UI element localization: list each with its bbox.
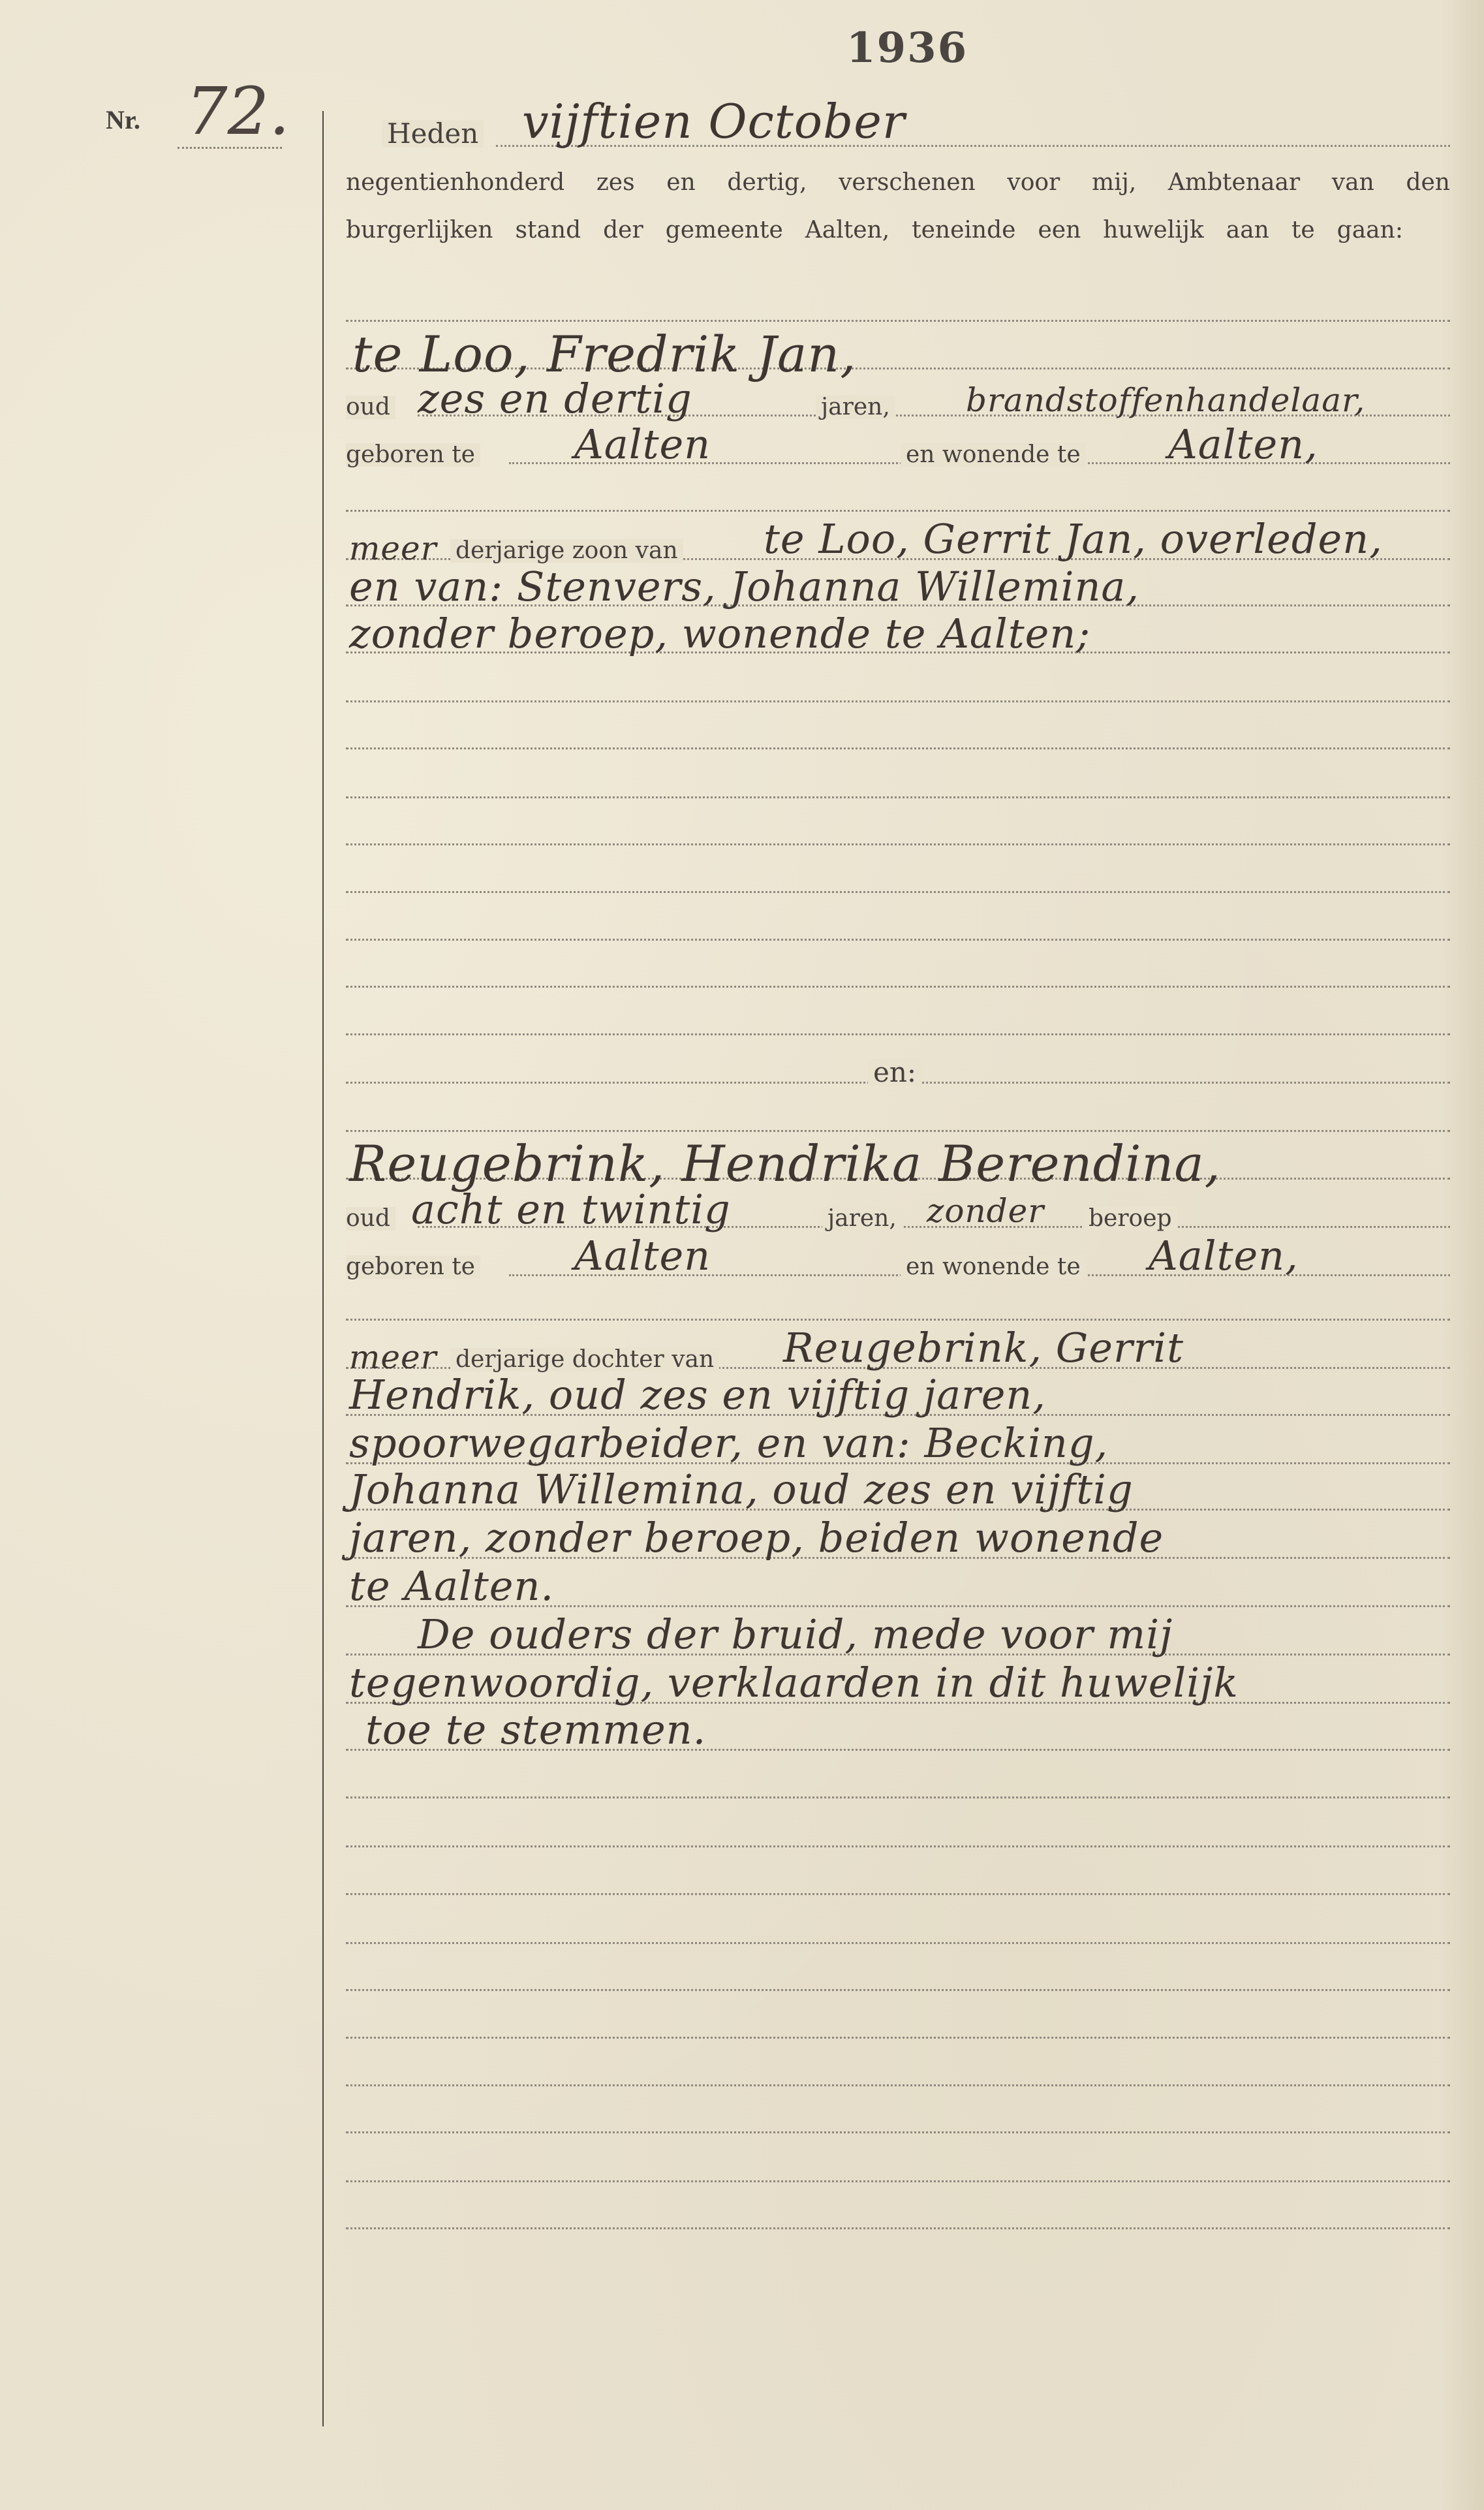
groom-parents-meer: meer xyxy=(349,532,437,565)
bride-parents-line: te Aalten. xyxy=(349,1566,554,1607)
bride-parents-line: Reugebrink, Gerrit xyxy=(783,1328,1184,1368)
preamble-word: dertig, xyxy=(727,171,807,195)
preamble-line-2: negentienhonderd zes en dertig, verschen… xyxy=(346,171,1450,195)
heden-label: Heden xyxy=(382,120,484,148)
dotted-line xyxy=(346,986,1450,988)
bride-occupation-label: beroep xyxy=(1083,1207,1177,1231)
dotted-line xyxy=(346,1130,1450,1132)
bride-occupation: zonder xyxy=(927,1195,1044,1227)
groom-name: te Loo, Fredrik Jan, xyxy=(352,330,856,379)
bride-parents-line: Hendrik, oud zes en vijftig jaren, xyxy=(349,1375,1046,1415)
dotted-line xyxy=(346,2084,1450,2086)
dotted-line xyxy=(346,700,1450,702)
margin-rule xyxy=(322,111,324,2426)
groom-living-label: en wonende te xyxy=(901,443,1086,467)
dotted-line xyxy=(346,1989,1450,1991)
preamble-word: negentienhonderd xyxy=(346,171,564,195)
record-number-value: 72. xyxy=(186,73,290,149)
preamble-word: mij, xyxy=(1092,171,1136,195)
year-heading: 1936 xyxy=(846,24,968,72)
preamble-word: den xyxy=(1406,171,1450,195)
groom-occupation: brandstoffenhandelaar, xyxy=(966,384,1365,416)
groom-born-place: Aalten xyxy=(574,424,711,465)
bride-parents-line: spoorwegarbeider, en van: Becking, xyxy=(349,1423,1108,1464)
preamble-word: te xyxy=(1291,219,1315,242)
dotted-line xyxy=(346,510,1450,512)
preamble-word: gaan: xyxy=(1337,219,1403,242)
bride-age-label: oud xyxy=(346,1207,395,1231)
bride-parents-meer: meer xyxy=(349,1341,437,1373)
bride-parents-line: jaren, zonder beroep, beiden wonende xyxy=(349,1518,1164,1558)
dotted-line xyxy=(346,1893,1450,1895)
preamble-word: voor xyxy=(1007,171,1060,195)
date-handwritten: vijftien October xyxy=(522,98,905,145)
dotted-line xyxy=(346,843,1450,845)
record-number-label: Nr. xyxy=(106,104,140,135)
dotted-line xyxy=(346,796,1450,798)
preamble-word: huwelijk xyxy=(1103,219,1204,242)
preamble-word: der xyxy=(603,219,643,242)
dotted-line xyxy=(346,1319,1450,1321)
preamble-line-3: burgerlijken stand der gemeente Aalten, … xyxy=(346,219,1403,242)
dotted-line xyxy=(346,747,1450,749)
bride-age-value: acht en twintig xyxy=(411,1189,731,1230)
consent-line: tegenwoordig, verklaarden in dit huwelij… xyxy=(349,1663,1239,1703)
groom-father: te Loo, Gerrit Jan, overleden, xyxy=(764,519,1383,559)
bride-parents-line: Johanna Willemina, oud zes en vijftig xyxy=(349,1469,1134,1510)
groom-age-label: oud xyxy=(346,396,395,419)
consent-line: toe te stemmen. xyxy=(365,1710,706,1750)
dotted-line xyxy=(346,2037,1450,2039)
preamble-word: verschenen xyxy=(839,171,976,195)
bride-born-label: geboren te xyxy=(346,1255,480,1279)
dotted-line xyxy=(346,1033,1450,1035)
bride-parents-label: derjarige dochter van xyxy=(450,1348,719,1372)
preamble-word: gemeente xyxy=(666,219,783,242)
bride-living-place: Aalten, xyxy=(1149,1236,1299,1276)
dotted-line xyxy=(346,2131,1450,2133)
dotted-line xyxy=(346,891,1450,893)
preamble-word: een xyxy=(1038,219,1081,242)
groom-living-place: Aalten, xyxy=(1168,424,1318,465)
bride-name: Reugebrink, Hendrika Berendina, xyxy=(349,1139,1221,1189)
dotted-line xyxy=(346,1796,1450,1798)
groom-years-label: jaren, xyxy=(816,396,895,419)
dotted-line xyxy=(346,2180,1450,2182)
preamble-word: van xyxy=(1332,171,1374,195)
preamble-word: Ambtenaar xyxy=(1168,171,1300,195)
dotted-line xyxy=(346,320,1450,322)
groom-mother: en van: Stenvers, Johanna Willemina, xyxy=(349,567,1139,607)
groom-mother-details: zonder beroep, wonende te Aalten; xyxy=(349,614,1090,654)
en-separator: en: xyxy=(868,1059,921,1086)
bride-born-place: Aalten xyxy=(574,1236,711,1276)
consent-line: De ouders der bruid, mede voor mij xyxy=(418,1614,1173,1655)
preamble-word: Aalten, xyxy=(805,219,889,242)
preamble-word: en xyxy=(666,171,696,195)
groom-parents-label: derjarige zoon van xyxy=(450,539,683,563)
dotted-line xyxy=(346,939,1450,941)
dotted-line xyxy=(346,2227,1450,2229)
preamble-word: aan xyxy=(1226,219,1269,242)
groom-born-label: geboren te xyxy=(346,443,480,467)
bride-living-label: en wonende te xyxy=(901,1255,1086,1279)
preamble-word: zes xyxy=(596,171,635,195)
dotted-line xyxy=(346,1845,1450,1847)
bride-years-label: jaren, xyxy=(822,1207,902,1231)
preamble-word: teneinde xyxy=(912,219,1015,242)
preamble-word: stand xyxy=(516,219,581,242)
groom-age-value: zes en dertig xyxy=(418,379,692,419)
preamble-word: burgerlijken xyxy=(346,219,493,242)
dotted-line xyxy=(346,1942,1450,1944)
